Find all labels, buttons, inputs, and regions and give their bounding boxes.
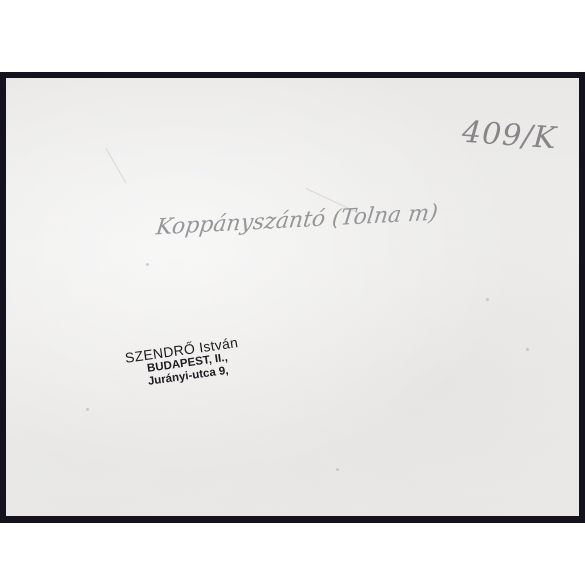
photo-back-paper: 409/K Koppányszántó (Tolna m) SZENDRŐ Is…	[6, 78, 579, 516]
paper-speck	[146, 263, 149, 266]
paper-crease	[106, 148, 127, 183]
paper-speck	[86, 408, 89, 411]
paper-speck	[486, 298, 489, 301]
paper-speck	[336, 468, 339, 471]
photographer-stamp: SZENDRŐ István BUDAPEST, II., Jurányi-ut…	[124, 334, 243, 392]
photo-scan: 409/K Koppányszántó (Tolna m) SZENDRŐ Is…	[0, 0, 585, 585]
paper-speck	[526, 348, 529, 351]
photo-border: 409/K Koppányszántó (Tolna m) SZENDRŐ Is…	[0, 72, 585, 523]
place-note: Koppányszántó (Tolna m)	[155, 201, 439, 241]
catalog-number-note: 409/K	[461, 115, 558, 157]
